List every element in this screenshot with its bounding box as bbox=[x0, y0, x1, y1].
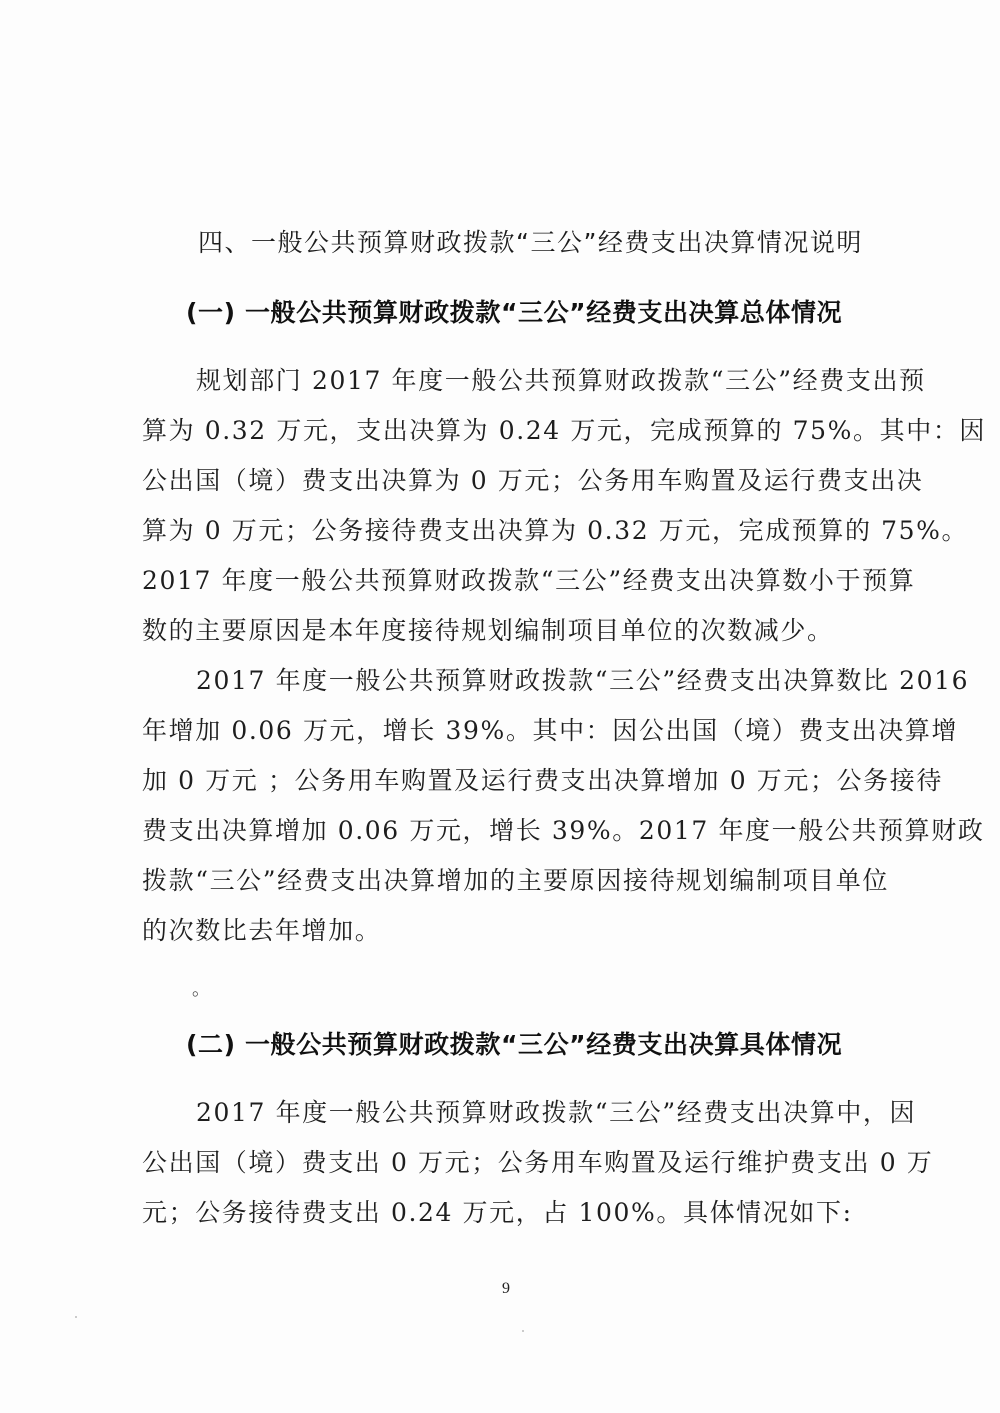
scan-speck bbox=[75, 1316, 77, 1318]
stray-mark: 。 bbox=[192, 975, 210, 1001]
paragraph-line: 算为 0.32 万元，支出决算为 0.24 万元，完成预算的 75%。其中：因 bbox=[142, 416, 986, 446]
paragraph-line: 数的主要原因是本年度接待规划编制项目单位的次数减少。 bbox=[142, 616, 834, 646]
page-number: 9 bbox=[502, 1280, 510, 1298]
paragraph-line: 公出国（境）费支出 0 万元；公务用车购置及运行维护费支出 0 万 bbox=[142, 1148, 933, 1178]
scan-speck bbox=[522, 1330, 524, 1332]
scan-speck bbox=[600, 320, 602, 322]
subsection-1-title: (一) 一般公共预算财政拨款“三公”经费支出决算总体情况 bbox=[186, 298, 842, 328]
document-page: 四、一般公共预算财政拨款“三公”经费支出决算情况说明 (一) 一般公共预算财政拨… bbox=[0, 0, 1000, 1413]
paragraph-line: 算为 0 万元；公务接待费支出决算为 0.32 万元，完成预算的 75%。 bbox=[142, 516, 968, 546]
paragraph-line: 规划部门 2017 年度一般公共预算财政拨款“三公”经费支出预 bbox=[196, 366, 926, 396]
paragraph-line: 公出国（境）费支出决算为 0 万元；公务用车购置及运行费支出决 bbox=[142, 466, 923, 496]
paragraph-line: 2017 年度一般公共预算财政拨款“三公”经费支出决算数小于预算 bbox=[142, 566, 915, 596]
paragraph-line: 年增加 0.06 万元，增长 39%。其中：因公出国（境）费支出决算增 bbox=[142, 716, 958, 746]
paragraph-line: 的次数比去年增加。 bbox=[142, 916, 381, 946]
paragraph-line: 2017 年度一般公共预算财政拨款“三公”经费支出决算中，因 bbox=[196, 1098, 916, 1128]
subsection-2-title: (二) 一般公共预算财政拨款“三公”经费支出决算具体情况 bbox=[186, 1030, 842, 1060]
paragraph-line: 加 0 万元 ；公务用车购置及运行费支出决算增加 0 万元；公务接待 bbox=[142, 766, 943, 796]
paragraph-line: 拨款“三公”经费支出决算增加的主要原因接待规划编制项目单位 bbox=[142, 866, 889, 896]
paragraph-line: 费支出决算增加 0.06 万元，增长 39%。2017 年度一般公共预算财政 bbox=[142, 816, 984, 846]
paragraph-line: 2017 年度一般公共预算财政拨款“三公”经费支出决算数比 2016 bbox=[196, 666, 969, 696]
section-title: 四、一般公共预算财政拨款“三公”经费支出决算情况说明 bbox=[198, 228, 863, 258]
paragraph-line: 元；公务接待费支出 0.24 万元，占 100%。具体情况如下: bbox=[142, 1198, 853, 1228]
